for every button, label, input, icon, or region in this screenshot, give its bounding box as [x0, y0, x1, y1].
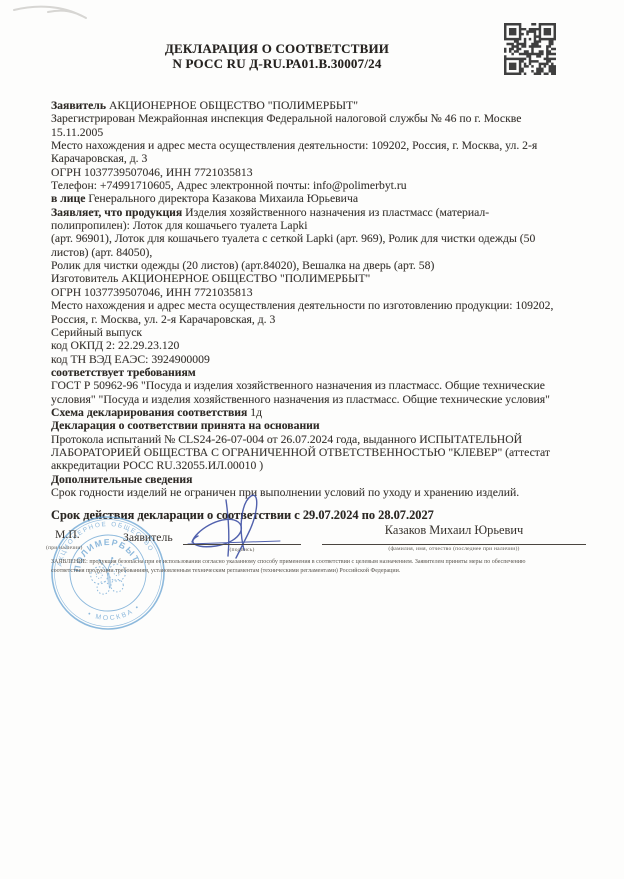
line-text: полипропилен): Лоток для кошачьего туале…	[51, 219, 308, 232]
line-text: Россия, г. Москва, ул. 2-я Карачаровская…	[51, 313, 275, 326]
doc-line: Место нахождения и адрес места осуществл…	[51, 139, 553, 152]
doc-line: ЛАБОРАТОРИЕЙ ОБЩЕСТВА С ОГРАНИЧЕННОЙ ОТВ…	[51, 446, 553, 459]
doc-line: соответствует требованиям	[51, 366, 553, 379]
line-text: листов) (арт. 84050),	[51, 246, 152, 259]
line-text: код ОКПД 2: 22.29.23.120	[51, 339, 179, 352]
doc-line: ГОСТ Р 50962-96 "Посуда и изделия хозяйс…	[51, 379, 553, 392]
doc-line: Серийный выпуск	[51, 326, 553, 339]
line-text: Карачаровская, д. 3	[51, 152, 147, 165]
line-bold: Декларация о соответствии принята на осн…	[51, 419, 320, 432]
doc-line: Схема декларирования соответствия 1д	[51, 406, 553, 419]
line-text: код ТН ВЭД ЕАЭС: 3924900009	[51, 353, 210, 366]
doc-line: Зарегистрирован Межрайонная инспекция Фе…	[51, 112, 553, 125]
doc-line: Карачаровская, д. 3	[51, 152, 553, 165]
document-body: Заявитель АКЦИОНЕРНОЕ ОБЩЕСТВО "ПОЛИМЕРБ…	[51, 99, 553, 499]
footnote-line-2: соответствия продукции требованиям, уста…	[51, 567, 526, 576]
doc-line: Дополнительные сведения	[51, 473, 553, 486]
doc-line: ОГРН 1037739507046, ИНН 7721035813	[51, 286, 553, 299]
line-text: АКЦИОНЕРНОЕ ОБЩЕСТВО "ПОЛИМЕРБЫТ"	[106, 99, 358, 112]
footnote-line-1: ЗАЯВЛЕНИЕ: продукция безопасна при ее ис…	[51, 558, 526, 567]
signature-caption: (подпись)	[183, 547, 301, 553]
name-caption: (фамилия, имя, отчество (последнее при н…	[322, 546, 586, 552]
doc-line: Изготовитель АКЦИОНЕРНОЕ ОБЩЕСТВО "ПОЛИМ…	[51, 272, 553, 285]
line-bold: Схема декларирования соответствия	[51, 406, 247, 419]
document-title: ДЕКЛАРАЦИЯ О СООТВЕТСТВИИ N РОСС RU Д-RU…	[92, 41, 462, 71]
applicant-label: Заявитель	[123, 531, 173, 544]
stamp-place-note: (при наличии)	[46, 545, 83, 551]
line-text: 15.11.2005	[51, 126, 103, 139]
doc-line: полипропилен): Лоток для кошачьего туале…	[51, 219, 553, 232]
doc-line: Заявитель АКЦИОНЕРНОЕ ОБЩЕСТВО "ПОЛИМЕРБ…	[51, 99, 553, 112]
qr-code	[504, 23, 556, 75]
declaration-page: ДЕКЛАРАЦИЯ О СООТВЕТСТВИИ N РОСС RU Д-RU…	[0, 0, 624, 879]
signatory-name: Казаков Михаил Юрьевич	[322, 523, 586, 538]
line-text: аккредитации РОСС RU.32055.ИЛ.00010 )	[51, 459, 263, 472]
line-text: Место нахождения и адрес места осуществл…	[51, 139, 537, 152]
handwritten-signature	[168, 486, 288, 566]
scan-smudge-mark	[8, 2, 118, 36]
line-text: ГОСТ Р 50962-96 "Посуда и изделия хозяйс…	[51, 379, 545, 392]
line-text: Генерального директора Казакова Михаила …	[85, 192, 358, 205]
line-text: Изделия хозяйственного назначения из пла…	[182, 206, 489, 219]
line-text: Изготовитель АКЦИОНЕРНОЕ ОБЩЕСТВО "ПОЛИМ…	[51, 272, 370, 285]
line-bold: в лице	[51, 192, 85, 205]
title-line-2: N РОСС RU Д-RU.РА01.В.30007/24	[92, 56, 462, 71]
doc-line: Заявляет, что продукция Изделия хозяйств…	[51, 206, 553, 219]
doc-line: (арт. 96901), Лоток для кошачьего туалет…	[51, 232, 553, 245]
line-text: условия" "Посуда и изделия хозяйственног…	[51, 393, 550, 406]
doc-line: ОГРН 1037739507046, ИНН 7721035813	[51, 166, 553, 179]
line-text: Ролик для чистки одежды (20 листов) (арт…	[51, 259, 434, 272]
doc-line: Россия, г. Москва, ул. 2-я Карачаровская…	[51, 313, 553, 326]
doc-line: Место нахождения и адрес места осуществл…	[51, 299, 553, 312]
line-text: ЛАБОРАТОРИЕЙ ОБЩЕСТВА С ОГРАНИЧЕННОЙ ОТВ…	[51, 446, 550, 459]
line-text: Зарегистрирован Межрайонная инспекция Фе…	[51, 112, 521, 125]
line-bold: соответствует требованиям	[51, 366, 196, 379]
line-text: ОГРН 1037739507046, ИНН 7721035813	[51, 166, 253, 179]
doc-line: Протокола испытаний № CLS24-26-07-004 от…	[51, 433, 553, 446]
line-text: Серийный выпуск	[51, 326, 142, 339]
line-bold: Заявляет, что продукция	[51, 206, 182, 219]
doc-line: листов) (арт. 84050),	[51, 246, 553, 259]
line-text: 1д	[247, 406, 262, 419]
doc-line: 15.11.2005	[51, 126, 553, 139]
line-text: Телефон: +74991710605, Адрес электронной…	[51, 179, 407, 192]
doc-line: Телефон: +74991710605, Адрес электронной…	[51, 179, 553, 192]
line-text: ОГРН 1037739507046, ИНН 7721035813	[51, 286, 253, 299]
line-bold: Заявитель	[51, 99, 106, 112]
line-text: (арт. 96901), Лоток для кошачьего туалет…	[51, 232, 535, 245]
doc-line: код ОКПД 2: 22.29.23.120	[51, 339, 553, 352]
doc-line: Декларация о соответствии принята на осн…	[51, 419, 553, 432]
legal-footnote: ЗАЯВЛЕНИЕ: продукция безопасна при ее ис…	[51, 558, 526, 575]
doc-line: код ТН ВЭД ЕАЭС: 3924900009	[51, 353, 553, 366]
doc-line: условия" "Посуда и изделия хозяйственног…	[51, 393, 553, 406]
stamp-place-label: М.П.	[55, 528, 80, 541]
line-text: Место нахождения и адрес места осуществл…	[51, 299, 553, 312]
name-line	[322, 544, 586, 545]
line-text: Протокола испытаний № CLS24-26-07-004 от…	[51, 433, 522, 446]
doc-line: Ролик для чистки одежды (20 листов) (арт…	[51, 259, 553, 272]
doc-line: аккредитации РОСС RU.32055.ИЛ.00010 )	[51, 459, 553, 472]
title-line-1: ДЕКЛАРАЦИЯ О СООТВЕТСТВИИ	[92, 41, 462, 56]
signature-line	[183, 544, 301, 545]
doc-line: в лице Генерального директора Казакова М…	[51, 192, 553, 205]
